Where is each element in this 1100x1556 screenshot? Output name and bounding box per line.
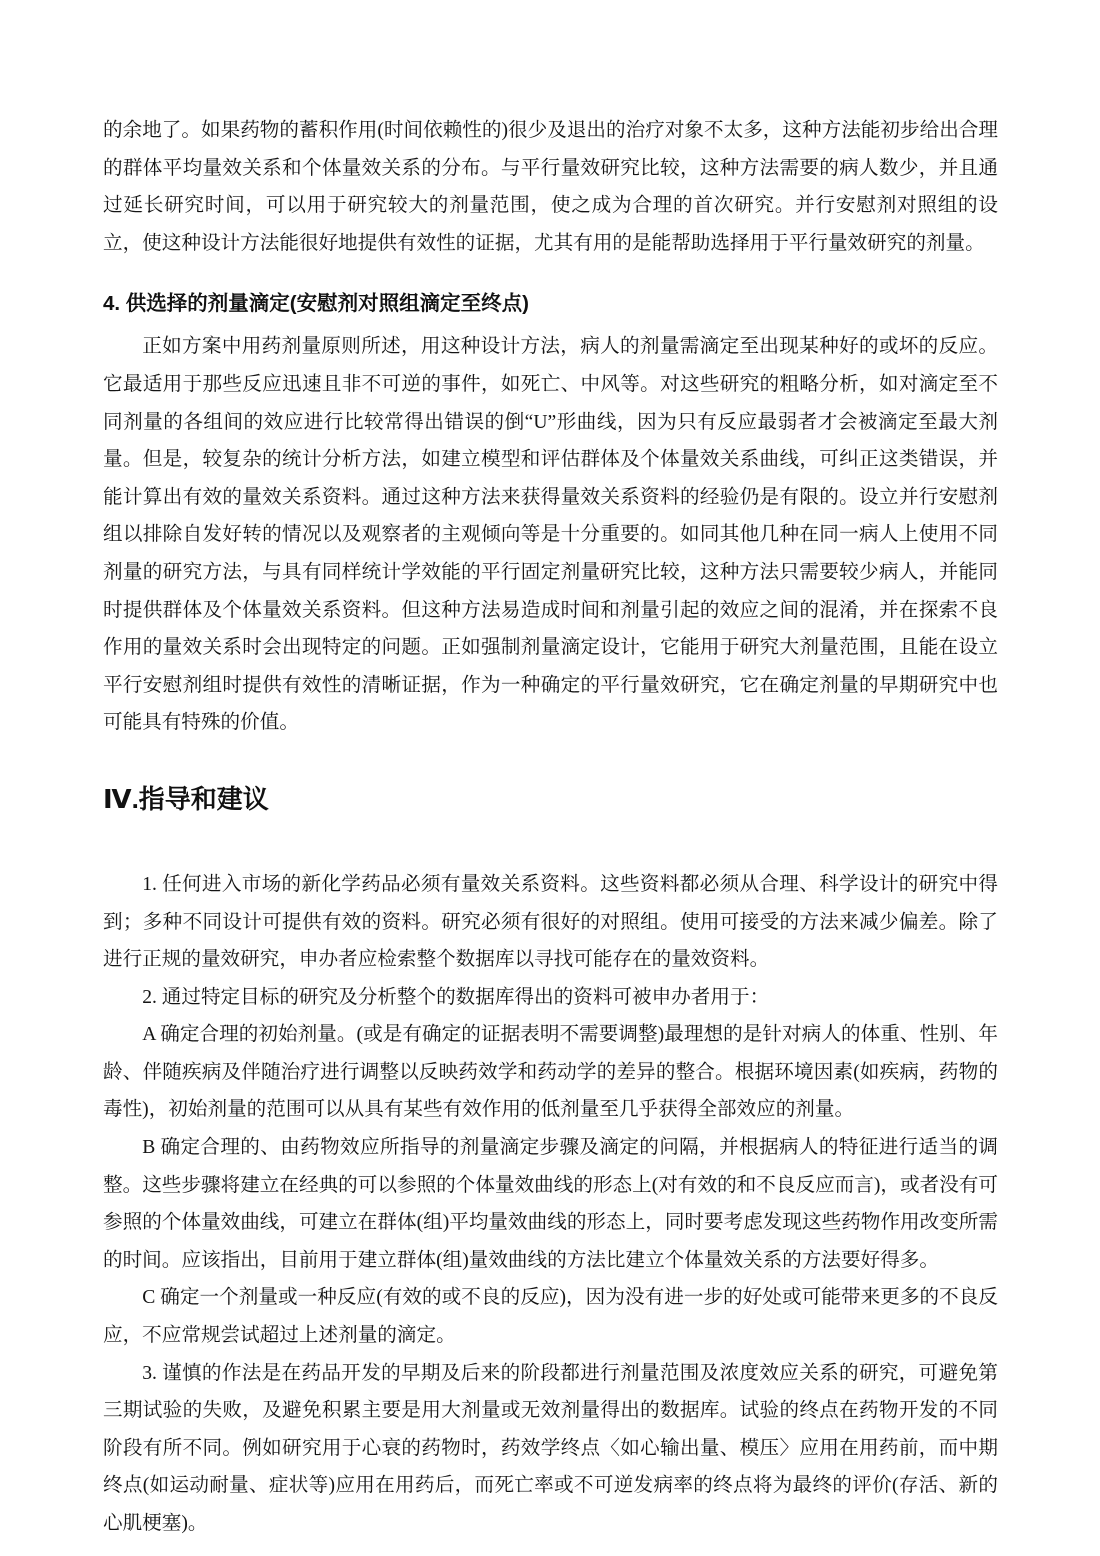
guidance-item-3: 3. 谨慎的作法是在药品开发的早期及后来的阶段都进行剂量范围及浓度效应关系的研究… xyxy=(103,1355,998,1543)
paragraph-continuation: 的余地了。如果药物的蓄积作用(时间依赖性的)很少及退出的治疗对象不太多，这种方法… xyxy=(103,112,998,262)
section-4-paragraph: 正如方案中用药剂量原则所述，用这种设计方法，病人的剂量需滴定至出现某种好的或坏的… xyxy=(103,328,998,742)
section-iv-heading: Ⅳ.指导和建议 xyxy=(103,782,998,816)
guidance-item-2: 2. 通过特定目标的研究及分析整个的数据库得出的资料可被申办者用于： xyxy=(103,979,998,1017)
section-4-heading: 4. 供选择的剂量滴定(安慰剂对照组滴定至终点) xyxy=(103,288,998,320)
guidance-item-1: 1. 任何进入市场的新化学药品必须有量效关系资料。这些资料都必须从合理、科学设计… xyxy=(103,866,998,979)
guidance-item-2c: C 确定一个剂量或一种反应(有效的或不良的反应)，因为没有进一步的好处或可能带来… xyxy=(103,1279,998,1354)
document-page: 的余地了。如果药物的蓄积作用(时间依赖性的)很少及退出的治疗对象不太多，这种方法… xyxy=(0,0,1100,1556)
guidance-item-2b: B 确定合理的、由药物效应所指导的剂量滴定步骤及滴定的问隔，并根据病人的特征进行… xyxy=(103,1129,998,1279)
guidance-item-2a: A 确定合理的初始剂量。(或是有确定的证据表明不需要调整)最理想的是针对病人的体… xyxy=(103,1016,998,1129)
